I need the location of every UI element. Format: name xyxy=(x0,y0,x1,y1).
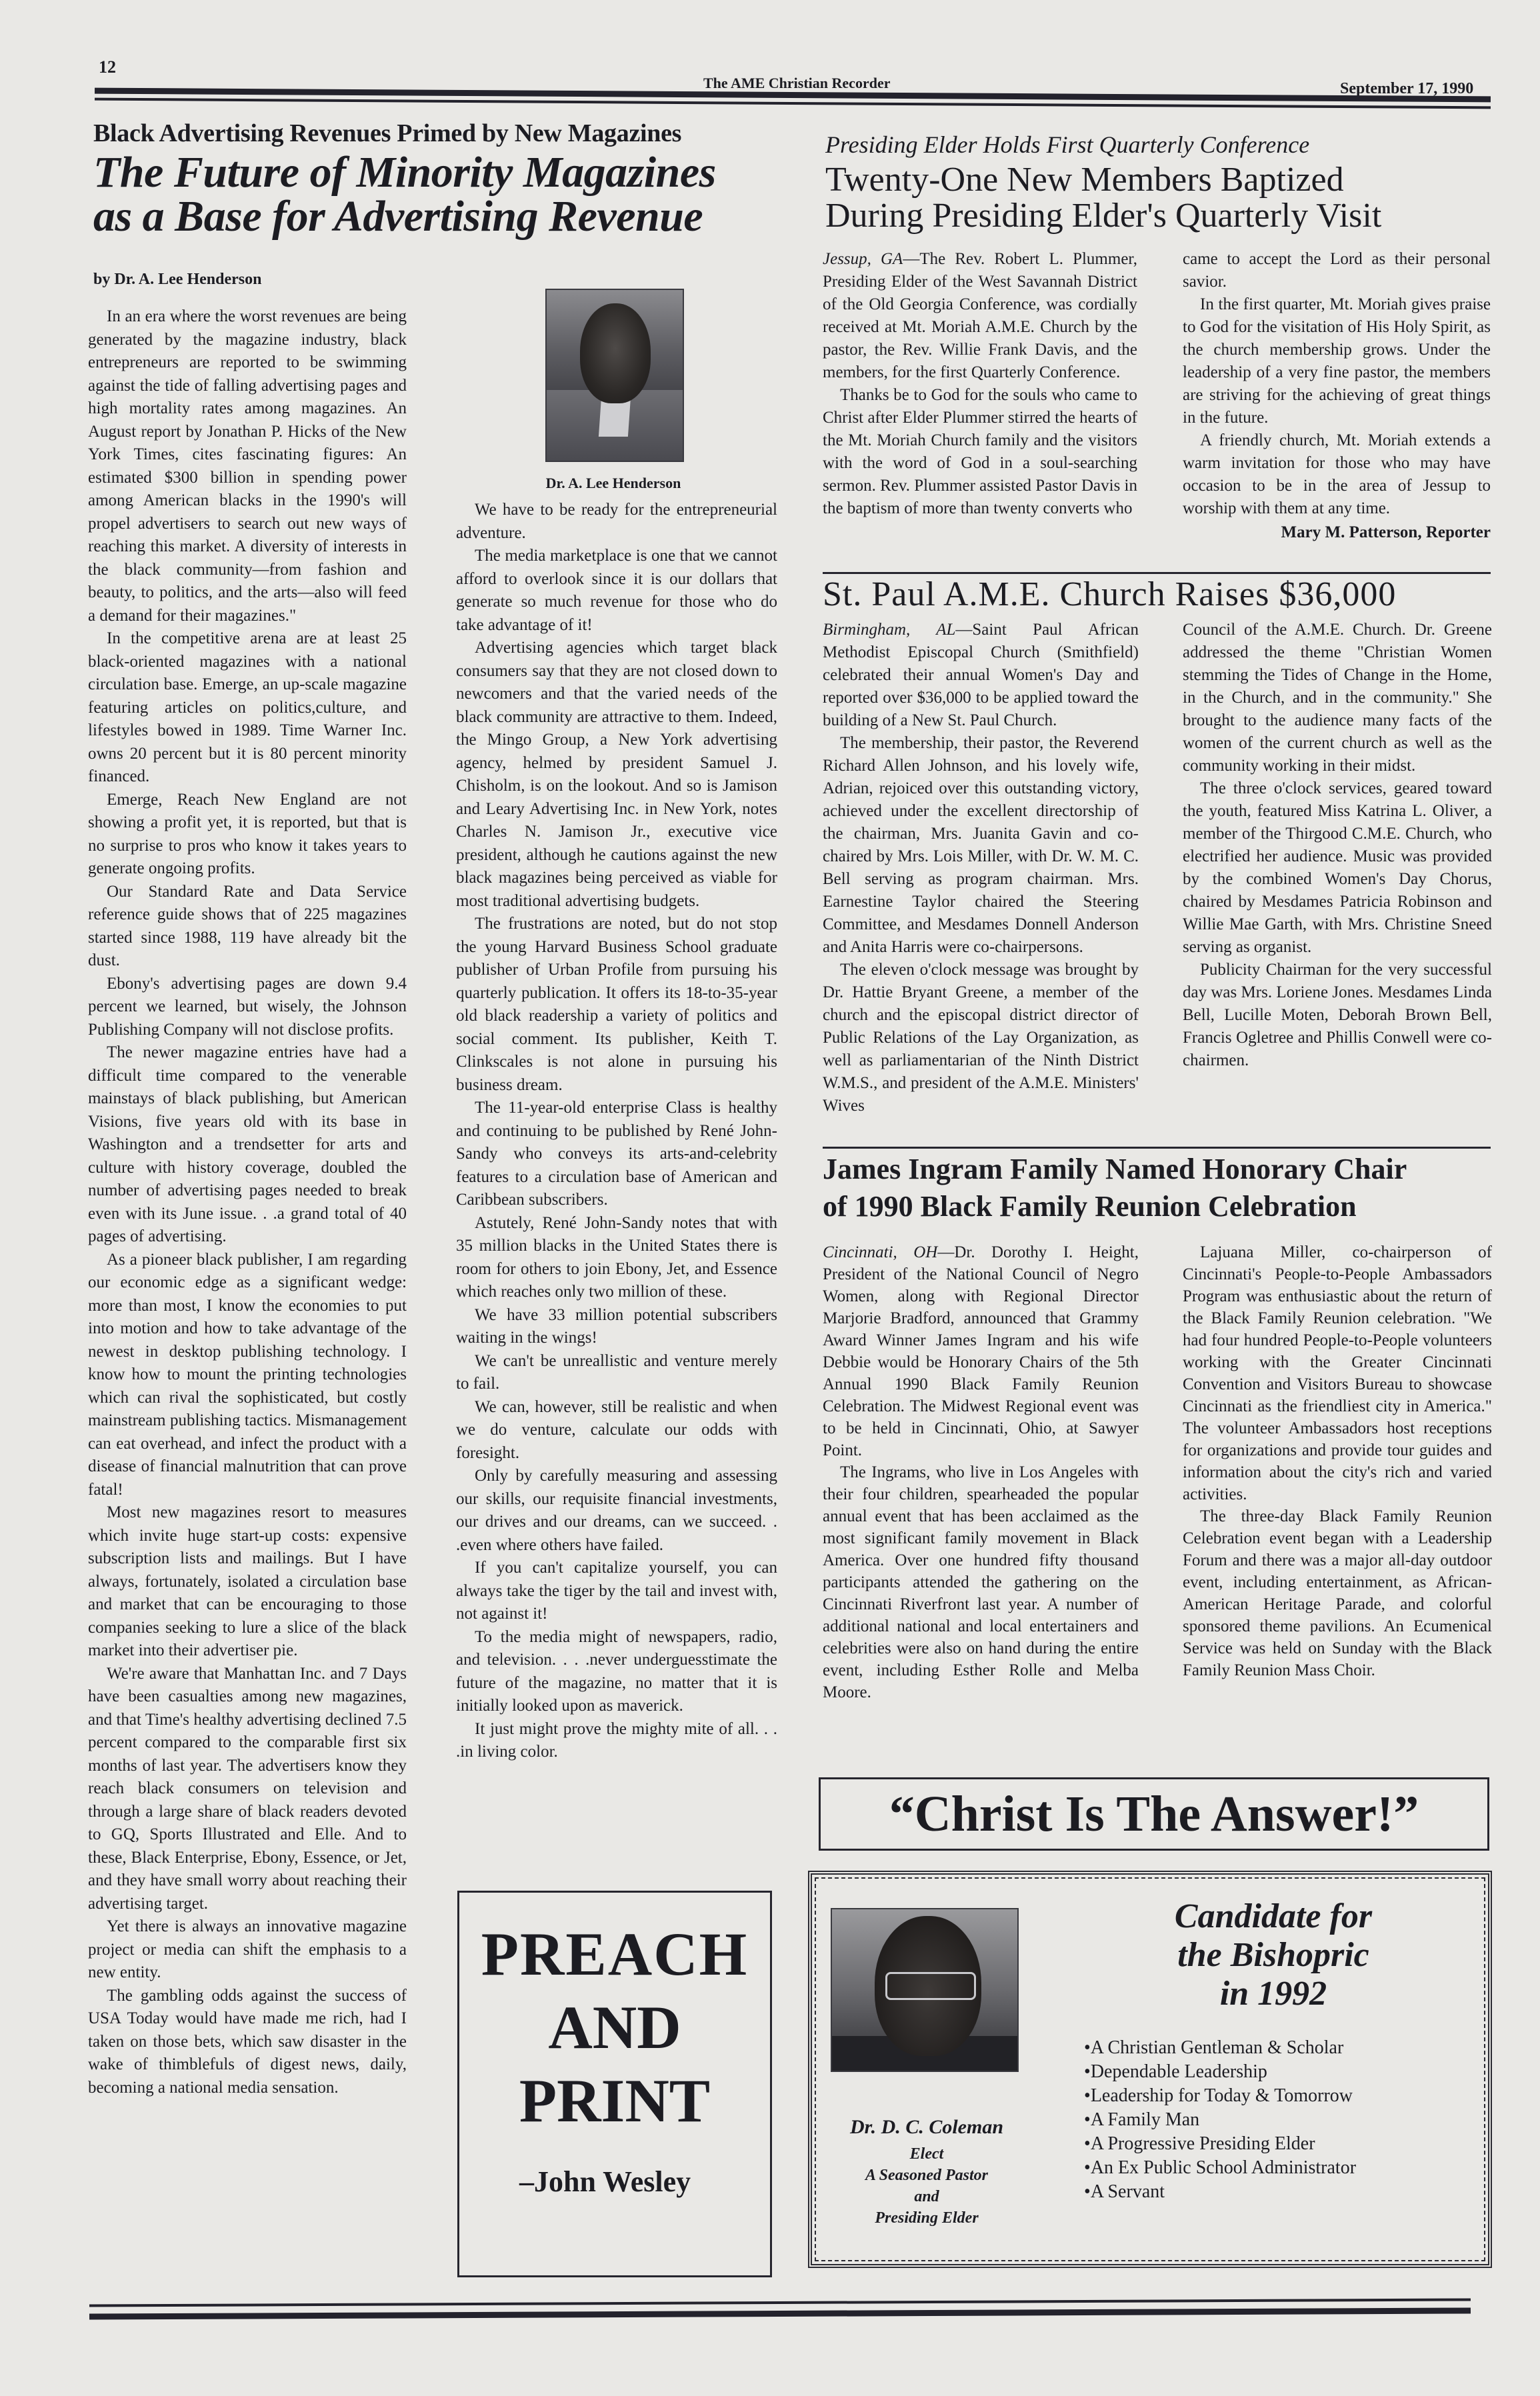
magazines-headline-1: The Future of Minority Magazines xyxy=(93,151,800,195)
baptized-column-1: Jessup, GA—The Rev. Robert L. Plummer, P… xyxy=(823,248,1137,520)
title-line: the Bishopric xyxy=(1120,1936,1427,1975)
candidate-photo xyxy=(831,1908,1019,2072)
paragraph: The membership, their pastor, the Revere… xyxy=(823,732,1139,959)
paragraph: —Dr. Dorothy I. Height, President of the… xyxy=(823,1243,1139,1459)
candidate-ad-title: Candidate for the Bishopric in 1992 xyxy=(1120,1897,1427,2013)
preach-line: PREACH xyxy=(459,1919,770,1989)
candidate-tag-elder: Presiding Elder xyxy=(827,2209,1027,2227)
headline-text: James Ingram Family Named Honorary Chair xyxy=(823,1153,1407,1185)
candidate-qualities-list: A Christian Gentleman & Scholar Dependab… xyxy=(1084,2036,1444,2204)
paragraph: The media marketplace is one that we can… xyxy=(456,545,777,637)
list-item: A Christian Gentleman & Scholar xyxy=(1084,2036,1444,2060)
list-item: A Family Man xyxy=(1084,2108,1444,2132)
list-item: Leadership for Today & Tomorrow xyxy=(1084,2084,1444,2108)
paragraph: Council of the A.M.E. Church. Dr. Greene… xyxy=(1183,619,1492,777)
paragraph: The 11-year-old enterprise Class is heal… xyxy=(456,1097,777,1212)
page-number: 12 xyxy=(99,57,116,77)
section-divider xyxy=(823,1147,1491,1149)
paragraph: A friendly church, Mt. Moriah extends a … xyxy=(1183,429,1491,520)
magazines-column-2: We have to be ready for the entrepreneur… xyxy=(456,499,777,1764)
candidate-name: Dr. D. C. Coleman xyxy=(827,2116,1027,2139)
ingram-column-1: Cincinnati, OH—Dr. Dorothy I. Height, Pr… xyxy=(823,1241,1139,1703)
paragraph: To the media might of newspapers, radio,… xyxy=(456,1626,777,1718)
magazines-column-1: In an era where the worst revenues are b… xyxy=(88,305,407,2099)
footer-rule-thin xyxy=(89,2298,1471,2307)
magazines-byline: by Dr. A. Lee Henderson xyxy=(93,271,261,289)
publication-name: The AME Christian Recorder xyxy=(703,75,890,92)
list-item: A Progressive Presiding Elder xyxy=(1084,2132,1444,2156)
stpaul-column-2: Council of the A.M.E. Church. Dr. Greene… xyxy=(1183,619,1492,1072)
paragraph: We can't be unreallistic and venture mer… xyxy=(456,1350,777,1396)
paragraph: In the competitive arena are at least 25… xyxy=(88,627,407,789)
dateline: Birmingham, AL xyxy=(823,621,955,639)
paragraph: The gambling odds against the success of… xyxy=(88,1985,407,2100)
paragraph: We have to be ready for the entrepreneur… xyxy=(456,499,777,545)
stpaul-column-1: Birmingham, AL—Saint Paul African Method… xyxy=(823,619,1139,1117)
paragraph: The newer magazine entries have had a di… xyxy=(88,1041,407,1249)
paragraph: We have 33 million potential subscribers… xyxy=(456,1304,777,1350)
author-photo xyxy=(545,289,684,462)
paragraph: The three o'clock services, geared towar… xyxy=(1183,777,1492,959)
baptized-column-2: came to accept the Lord as their persona… xyxy=(1183,248,1491,544)
paragraph: The eleven o'clock message was brought b… xyxy=(823,959,1139,1117)
ingram-headline-1: James Ingram Family Named Honorary Chair xyxy=(823,1152,1407,1186)
paragraph: Only by carefully measuring and assessin… xyxy=(456,1465,777,1557)
print-line: PRINT xyxy=(459,2066,770,2135)
author-photo-caption: Dr. A. Lee Henderson xyxy=(493,475,733,492)
preach-and-print-box: PREACH AND PRINT –John Wesley xyxy=(457,1891,772,2277)
paragraph: The Ingrams, who live in Los Angeles wit… xyxy=(823,1461,1139,1703)
reporter-credit: Mary M. Patterson, Reporter xyxy=(1183,521,1491,544)
paragraph: If you can't capitalize yourself, you ca… xyxy=(456,1557,777,1626)
list-item: Dependable Leadership xyxy=(1084,2060,1444,2084)
paragraph: As a pioneer black publisher, I am regar… xyxy=(88,1249,407,1502)
paragraph: Emerge, Reach New England are not showin… xyxy=(88,789,407,881)
baptized-headline-2: During Presiding Elder's Quarterly Visit xyxy=(825,197,1381,235)
magazines-kicker: Black Advertising Revenues Primed by New… xyxy=(93,119,681,148)
paragraph: —The Rev. Robert L. Plummer, Presiding E… xyxy=(823,250,1137,381)
ingram-headline-2: of 1990 Black Family Reunion Celebration xyxy=(823,1189,1357,1223)
paragraph: Lajuana Miller, co-chairperson of Cincin… xyxy=(1183,1241,1492,1505)
magazines-headline-2: as a Base for Advertising Revenue xyxy=(93,195,800,239)
baptized-headline-1: Twenty-One New Members Baptized xyxy=(825,161,1344,199)
list-item: A Servant xyxy=(1084,2180,1444,2204)
paragraph: Astutely, René John-Sandy notes that wit… xyxy=(456,1212,777,1304)
stpaul-headline: St. Paul A.M.E. Church Raises $36,000 xyxy=(823,575,1396,614)
dateline: Jessup, GA xyxy=(823,250,903,268)
banner-text: “Christ Is The Answer!” xyxy=(821,1783,1487,1845)
candidate-tag-pastor: A Seasoned Pastor xyxy=(827,2167,1027,2185)
paragraph: Most new magazines resort to measures wh… xyxy=(88,1501,407,1663)
dateline: Cincinnati, OH xyxy=(823,1243,937,1261)
paragraph: came to accept the Lord as their persona… xyxy=(1183,248,1491,293)
paragraph: In the first quarter, Mt. Moriah gives p… xyxy=(1183,293,1491,429)
paragraph: The three-day Black Family Reunion Celeb… xyxy=(1183,1505,1492,1681)
candidate-tag-and: and xyxy=(827,2188,1027,2206)
christ-banner: “Christ Is The Answer!” xyxy=(819,1777,1489,1851)
paragraph: Yet there is always an innovative magazi… xyxy=(88,1915,407,1985)
quote-attribution: –John Wesley xyxy=(519,2165,753,2199)
baptized-kicker: Presiding Elder Holds First Quarterly Co… xyxy=(825,131,1309,159)
paragraph: Thanks be to God for the souls who came … xyxy=(823,384,1137,520)
paragraph: We can, however, still be realistic and … xyxy=(456,1396,777,1465)
ingram-column-2: Lajuana Miller, co-chairperson of Cincin… xyxy=(1183,1241,1492,1681)
paragraph: Ebony's advertising pages are down 9.4 p… xyxy=(88,973,407,1042)
paragraph: Our Standard Rate and Data Service refer… xyxy=(88,881,407,973)
and-line: AND xyxy=(459,1993,770,2062)
footer-rule-thick xyxy=(89,2307,1471,2319)
candidate-tag-elect: Elect xyxy=(827,2145,1027,2163)
paragraph: Publicity Chairman for the very successf… xyxy=(1183,959,1492,1072)
section-divider xyxy=(823,572,1491,574)
paragraph: It just might prove the mighty mite of a… xyxy=(456,1718,777,1764)
paragraph: The frustrations are noted, but do not s… xyxy=(456,913,777,1097)
paragraph: We're aware that Manhattan Inc. and 7 Da… xyxy=(88,1663,407,1916)
list-item: An Ex Public School Administrator xyxy=(1084,2156,1444,2180)
title-line: in 1992 xyxy=(1120,1975,1427,2013)
paragraph: Advertising agencies which target black … xyxy=(456,637,777,913)
glasses-icon xyxy=(885,1972,976,2000)
title-line: Candidate for xyxy=(1120,1897,1427,1936)
paragraph: In an era where the worst revenues are b… xyxy=(88,305,407,627)
